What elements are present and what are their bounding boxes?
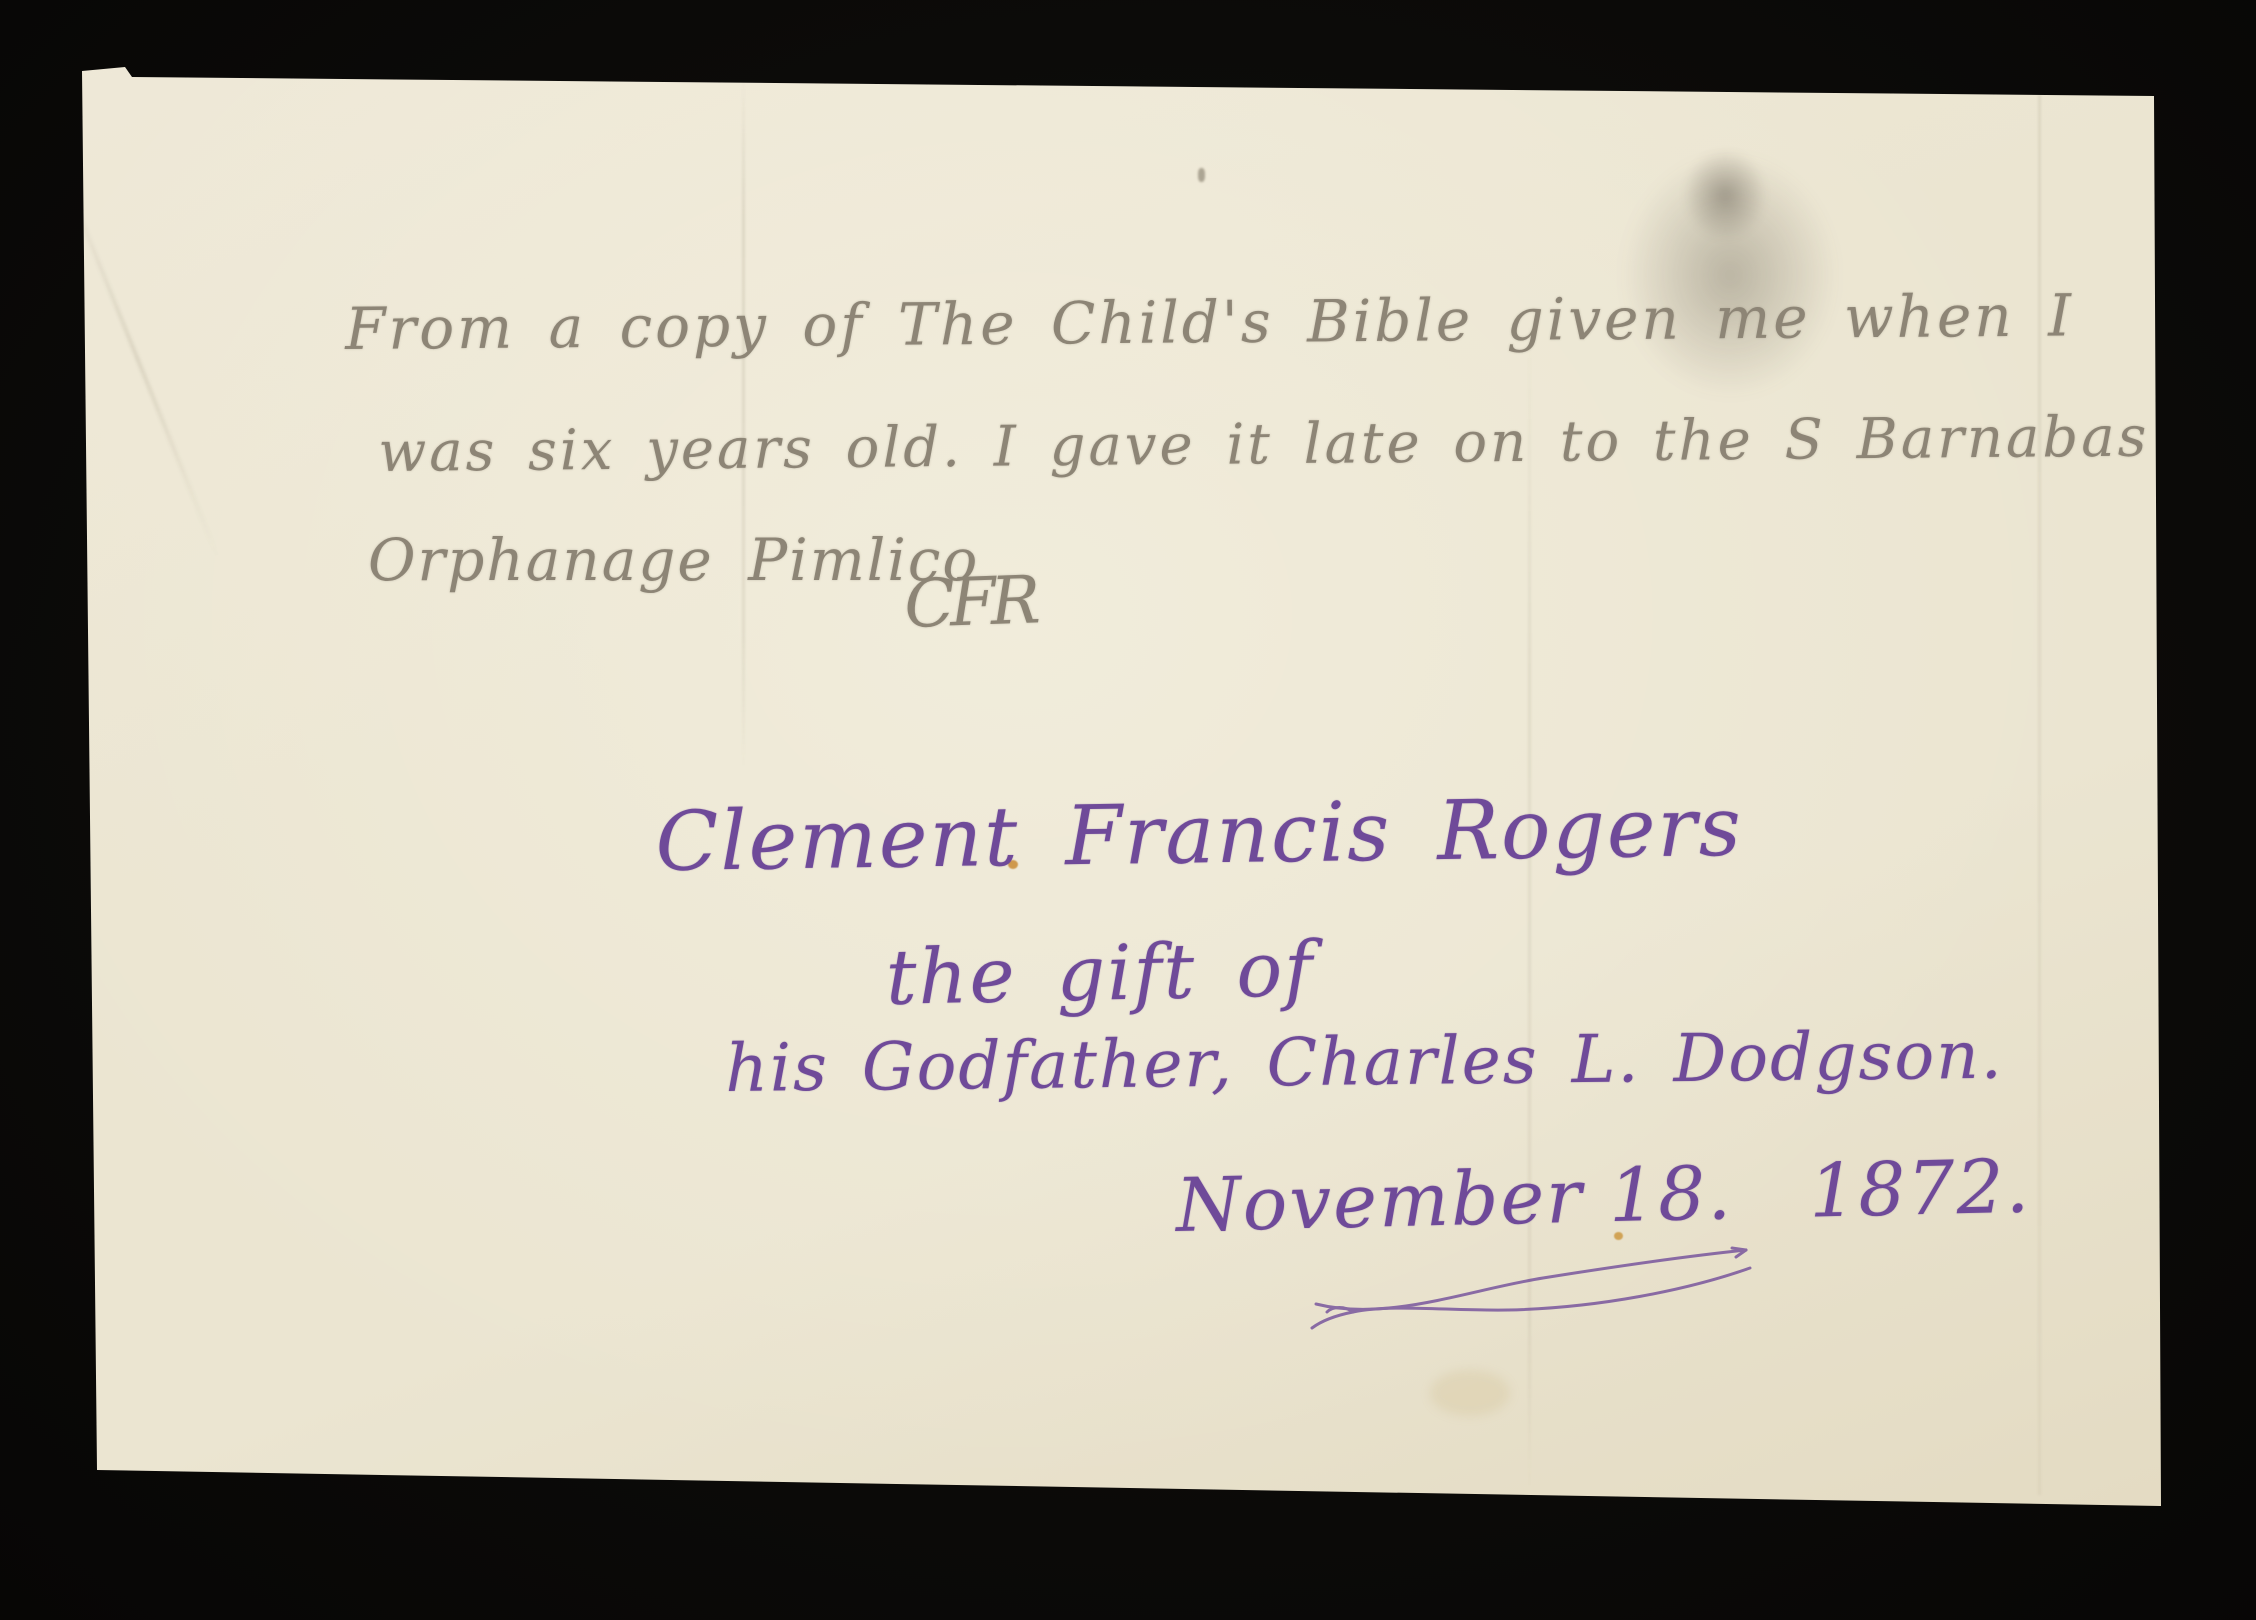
pencil-line-1: From a copy of The Child's Bible given m… [345, 281, 2074, 363]
ink-line-godfather: his Godfather, Charles L. Dodgson. [725, 1017, 2004, 1107]
ink-line-date: November 18. 1872. [1175, 1144, 2032, 1249]
paper-sheet: From a copy of The Child's Bible given m… [0, 0, 2256, 1620]
ink-line-gift: the gift of [885, 924, 1315, 1022]
pencil-line-2: was six years old. I gave it late on to … [378, 405, 2150, 485]
smudge-mark-dark [1665, 130, 1785, 260]
paper-stain [1430, 1370, 1510, 1416]
pencil-fleck [1198, 168, 1205, 182]
pencil-line-3: Orphanage Pimlico [368, 526, 979, 594]
ink-line-name: Clement Francis Rogers [655, 780, 1743, 890]
flourish-underline-icon [1298, 1242, 1778, 1332]
pencil-initials-monogram: CFR [903, 561, 1037, 643]
